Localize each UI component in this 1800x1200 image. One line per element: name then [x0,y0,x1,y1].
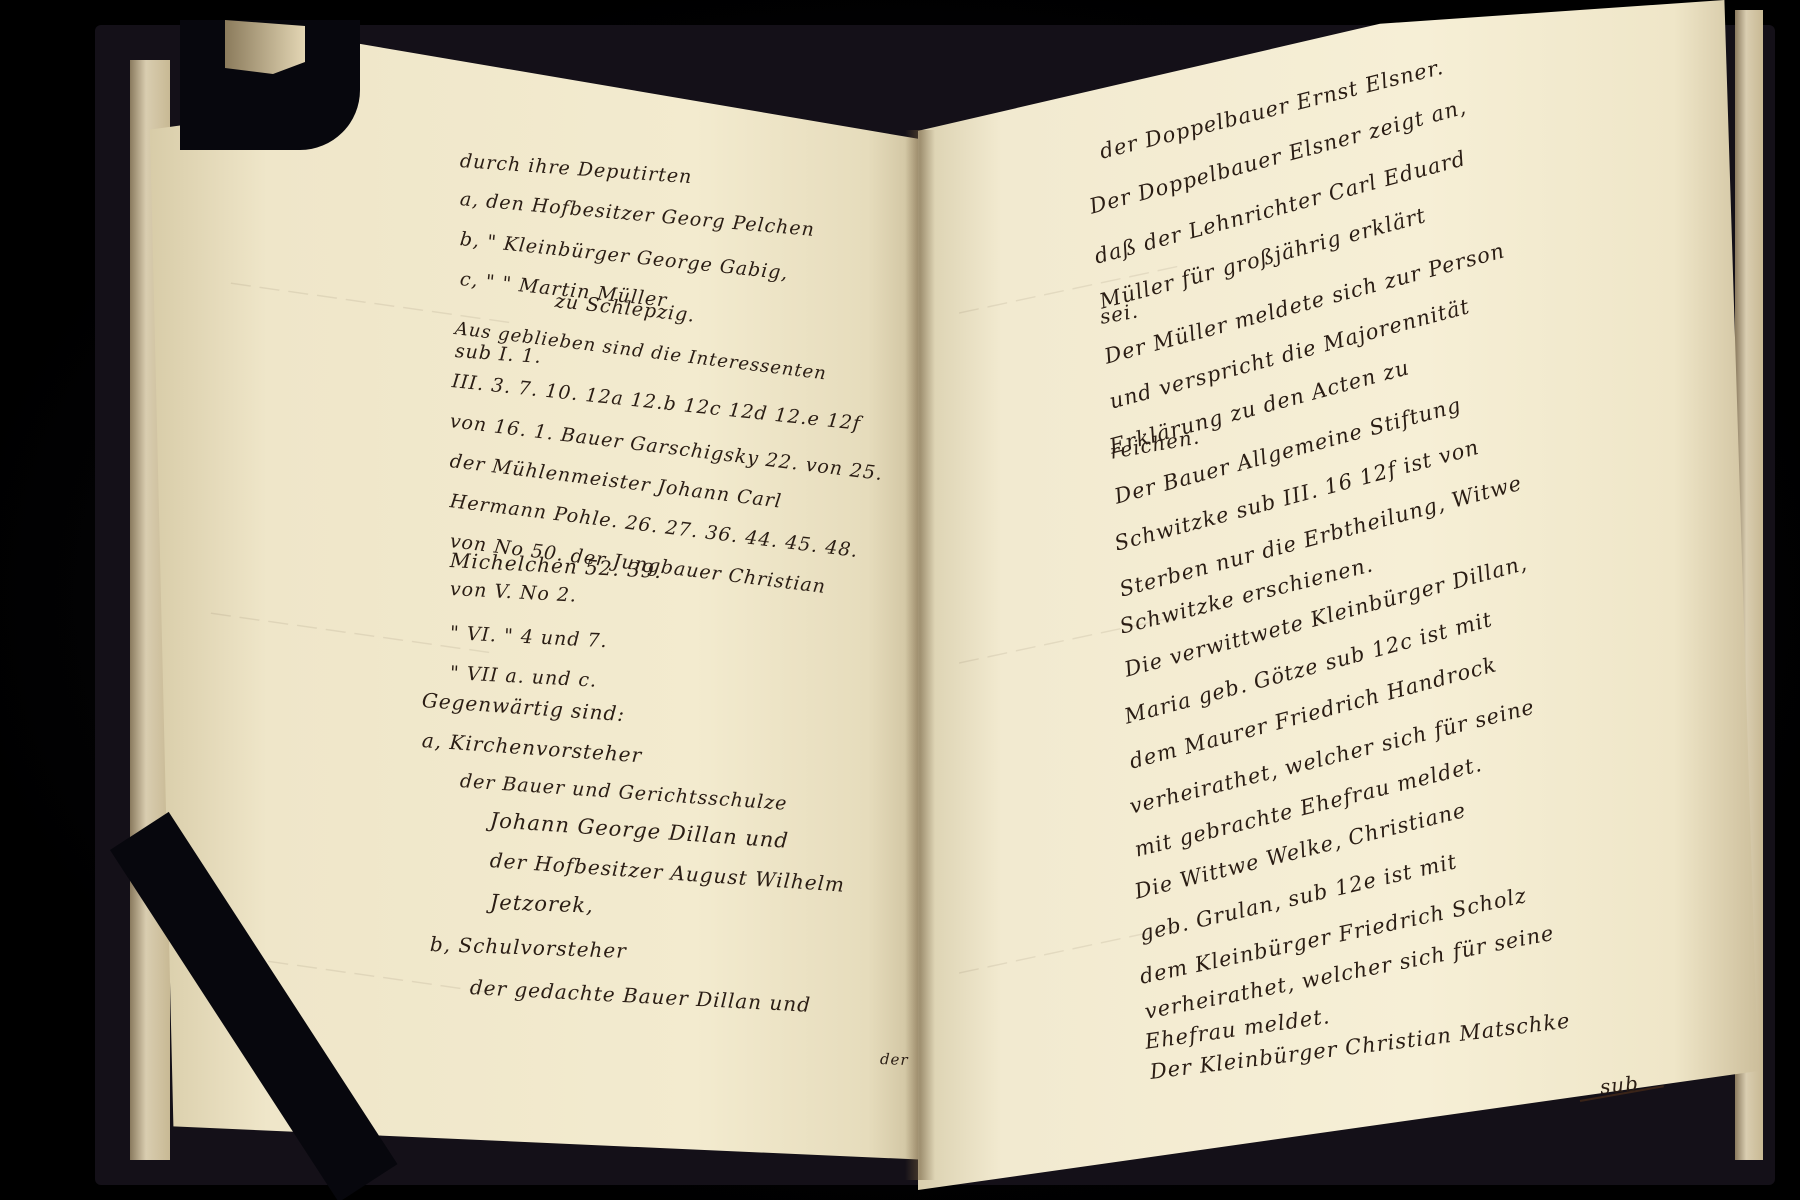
handwritten-line: Jetzorek, [490,890,595,918]
handwritten-line: der [880,1050,909,1069]
book-gutter [905,130,935,1180]
